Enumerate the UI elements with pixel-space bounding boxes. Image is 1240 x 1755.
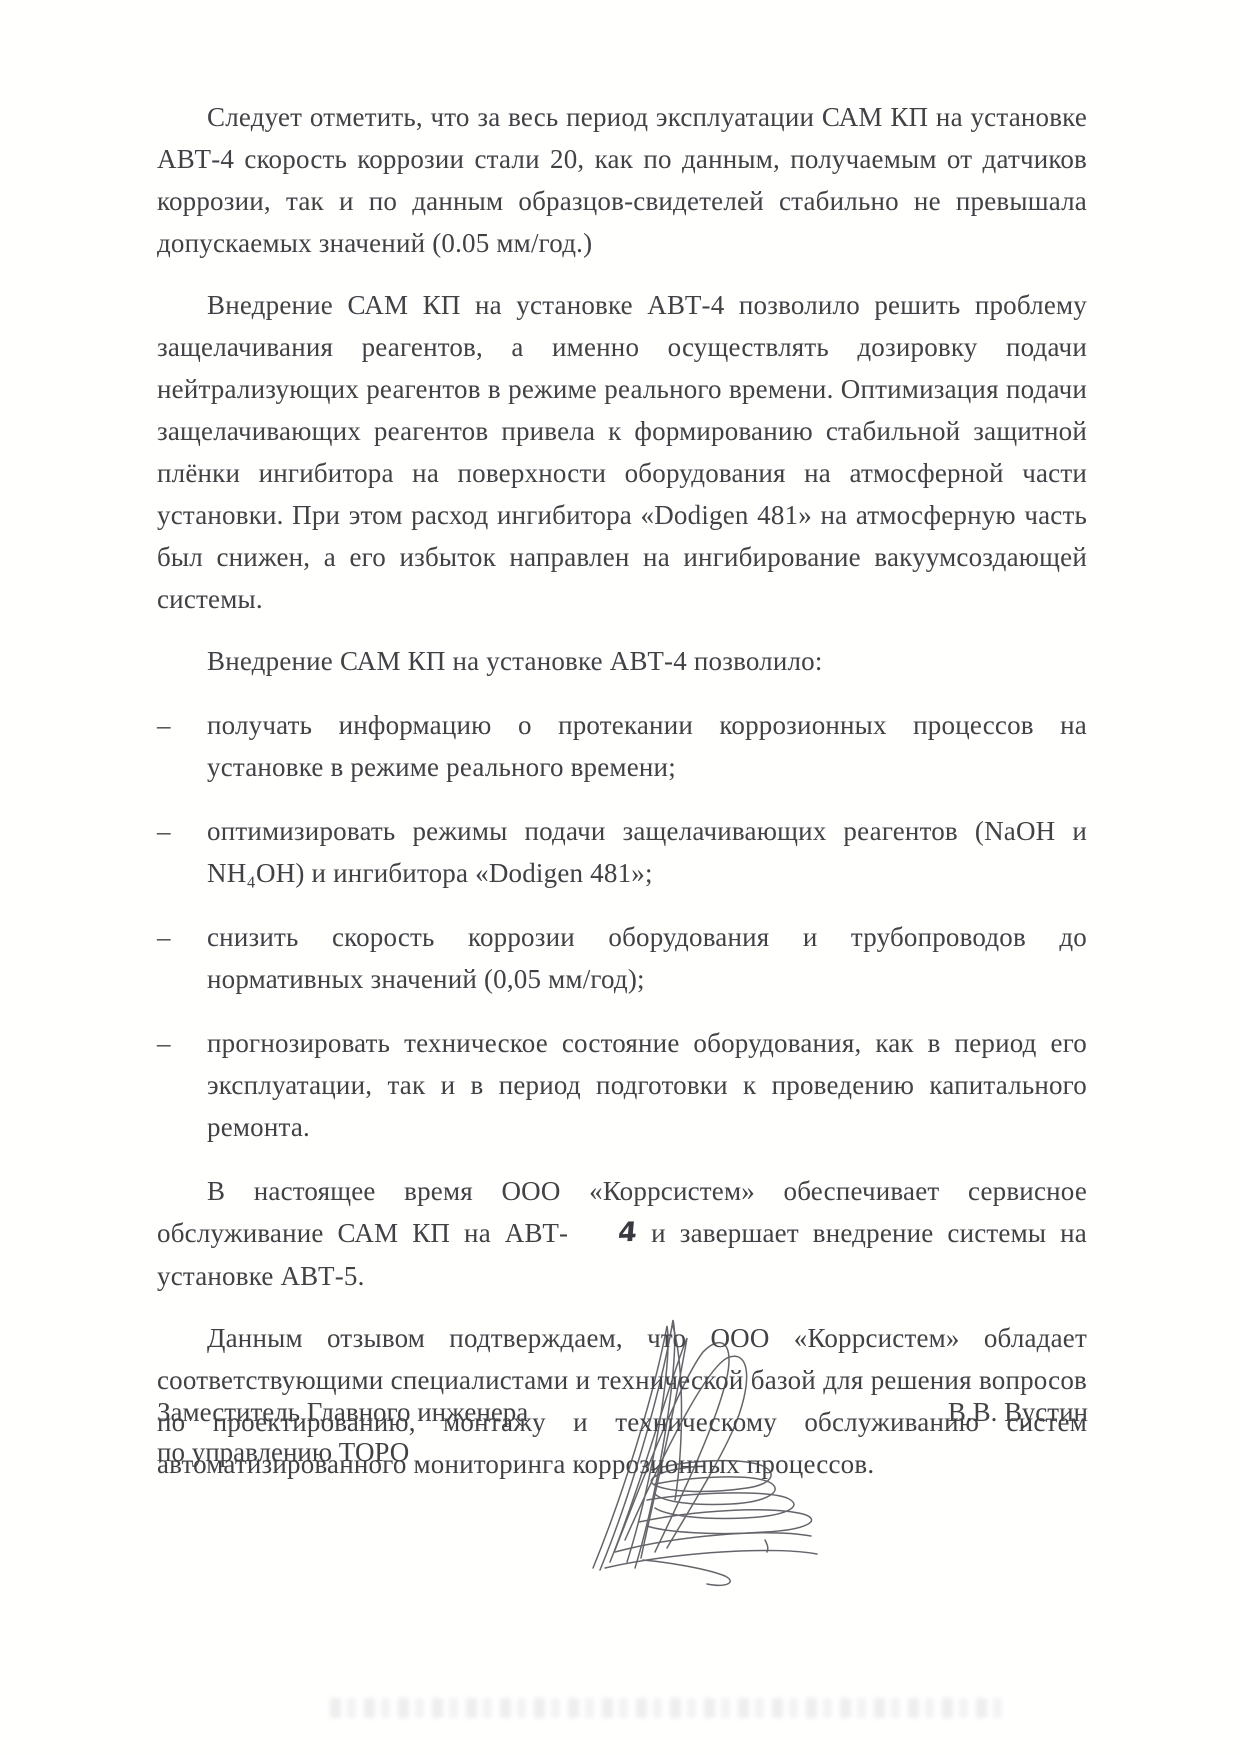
bullet-text: снизить скорость коррозии оборудования и… <box>207 916 1087 1000</box>
bullet-dash: – <box>157 1022 207 1148</box>
paragraph-implementation-results: Внедрение САМ КП на установке АВТ-4 позв… <box>157 284 1087 620</box>
signer-name: В.В. Вустин <box>948 1392 1088 1432</box>
bullet-item-realtime-info: – получать информацию о протекании корро… <box>157 704 1087 788</box>
bullet-item-optimize-reagents: – оптимизировать режимы подачи защелачив… <box>157 810 1087 894</box>
bullet-item-reduce-corrosion: – снизить скорость коррозии оборудования… <box>157 916 1087 1000</box>
bullet-text: оптимизировать режимы подачи защелачиваю… <box>207 810 1087 894</box>
bullet-dash: – <box>157 704 207 788</box>
signature-block: Заместитель Главного инженера по управле… <box>157 1392 1088 1472</box>
faint-scan-artifact <box>330 1698 1010 1718</box>
bullet-text: прогнозировать техническое состояние обо… <box>207 1022 1087 1148</box>
paragraph-corrosion-rate: Следует отметить, что за весь период экс… <box>157 96 1087 264</box>
signer-role-line1: Заместитель Главного инженера <box>157 1392 528 1432</box>
bullet-dash: – <box>157 810 207 894</box>
bullet-text: получать информацию о протекании коррози… <box>207 704 1087 788</box>
signer-role-line2: по управлению ТОРО <box>157 1432 528 1472</box>
bullet-dash: – <box>157 916 207 1000</box>
scanned-letter-page: Следует отметить, что за весь период экс… <box>0 0 1240 1755</box>
bullet-item-forecast-condition: – прогнозировать техническое состояние о… <box>157 1022 1087 1148</box>
paragraph-current-service: В настоящее время ООО «Коррсистем» обесп… <box>157 1170 1087 1297</box>
handwritten-digit: 4 <box>566 1212 639 1256</box>
letter-body: Следует отметить, что за весь период экс… <box>157 96 1087 1505</box>
list-intro: Внедрение САМ КП на установке АВТ-4 позв… <box>157 640 1087 682</box>
signer-role: Заместитель Главного инженера по управле… <box>157 1392 528 1472</box>
